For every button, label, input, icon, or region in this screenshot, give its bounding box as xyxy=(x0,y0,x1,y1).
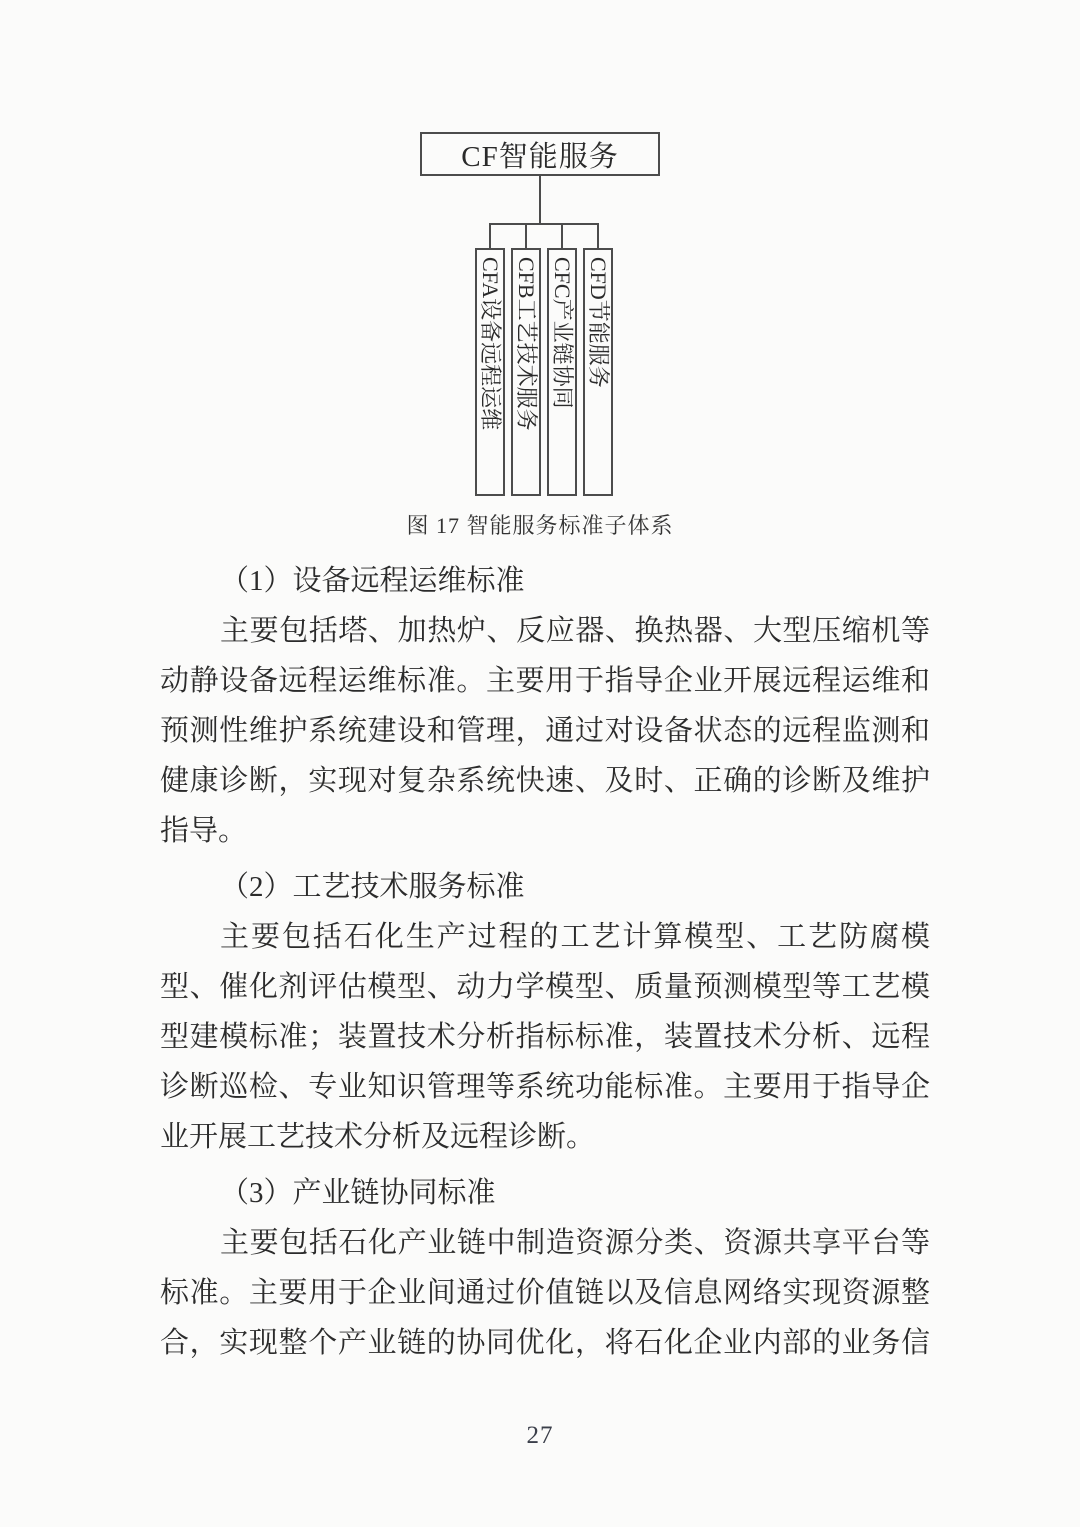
diagram-root-box: CF智能服务 xyxy=(420,132,660,176)
section-3: （3）产业链协同标准 主要包括石化产业链中制造资源分类、资源共享平台等 标准。主… xyxy=(160,1168,930,1368)
diagram-child-label: CFC产业链协同 xyxy=(551,257,573,409)
text-line: 动静设备远程运维标准。主要用于指导企业开展远程运维和 xyxy=(160,656,930,706)
diagram-child-box-cfb: CFB工艺技术服务 xyxy=(511,248,541,496)
text-line: 主要包括石化产业链中制造资源分类、资源共享平台等 xyxy=(160,1218,930,1268)
text-line: 预测性维护系统建设和管理，通过对设备状态的远程监测和 xyxy=(160,706,930,756)
text-line: 合，实现整个产业链的协同优化，将石化企业内部的业务信 xyxy=(160,1318,930,1368)
text-line: 指导。 xyxy=(160,806,930,856)
diagram-root-label: CF智能服务 xyxy=(461,134,618,175)
diagram-child-box-cfd: CFD节能服务 xyxy=(583,248,613,496)
body-text: （1）设备远程运维标准 主要包括塔、加热炉、反应器、换热器、大型压缩机等 动静设… xyxy=(160,556,930,1368)
connector-drop xyxy=(489,225,491,249)
text-line: 健康诊断，实现对复杂系统快速、及时、正确的诊断及维护 xyxy=(160,756,930,806)
text-line: 业开展工艺技术分析及远程诊断。 xyxy=(160,1112,930,1162)
diagram-child-box-cfa: CFA设备远程运维 xyxy=(475,248,505,496)
text-line: 主要包括塔、加热炉、反应器、换热器、大型压缩机等 xyxy=(160,606,930,656)
section-1: （1）设备远程运维标准 主要包括塔、加热炉、反应器、换热器、大型压缩机等 动静设… xyxy=(160,556,930,856)
section-1-heading: （1）设备远程运维标准 xyxy=(160,556,930,606)
figure-caption: 图 17 智能服务标准子体系 xyxy=(0,509,1080,540)
connector-horizontal xyxy=(489,223,599,225)
text-line: 主要包括石化生产过程的工艺计算模型、工艺防腐模 xyxy=(160,912,930,962)
diagram-child-box-cfc: CFC产业链协同 xyxy=(547,248,577,496)
diagram-child-label: CFB工艺技术服务 xyxy=(515,257,537,431)
section-2: （2）工艺技术服务标准 主要包括石化生产过程的工艺计算模型、工艺防腐模 型、催化… xyxy=(160,862,930,1162)
connector-drop xyxy=(525,225,527,249)
figure-17-diagram: CF智能服务 CFA设备远程运维 CFB工艺技术服务 CFC产业链协同 CFD节… xyxy=(0,0,1080,550)
diagram-child-label: CFA设备远程运维 xyxy=(479,257,501,430)
section-3-heading: （3）产业链协同标准 xyxy=(160,1168,930,1218)
text-line: 标准。主要用于企业间通过价值链以及信息网络实现资源整 xyxy=(160,1268,930,1318)
section-2-heading: （2）工艺技术服务标准 xyxy=(160,862,930,912)
text-line: 型建模标准；装置技术分析指标标准，装置技术分析、远程 xyxy=(160,1012,930,1062)
connector-stub xyxy=(539,176,541,224)
connector-drop xyxy=(561,225,563,249)
connector-drop xyxy=(597,225,599,249)
diagram-child-label: CFD节能服务 xyxy=(587,257,609,388)
text-line: 型、催化剂评估模型、动力学模型、质量预测模型等工艺模 xyxy=(160,962,930,1012)
page-number: 27 xyxy=(0,1422,1080,1450)
document-page: CF智能服务 CFA设备远程运维 CFB工艺技术服务 CFC产业链协同 CFD节… xyxy=(0,0,1080,1527)
text-line: 诊断巡检、专业知识管理等系统功能标准。主要用于指导企 xyxy=(160,1062,930,1112)
